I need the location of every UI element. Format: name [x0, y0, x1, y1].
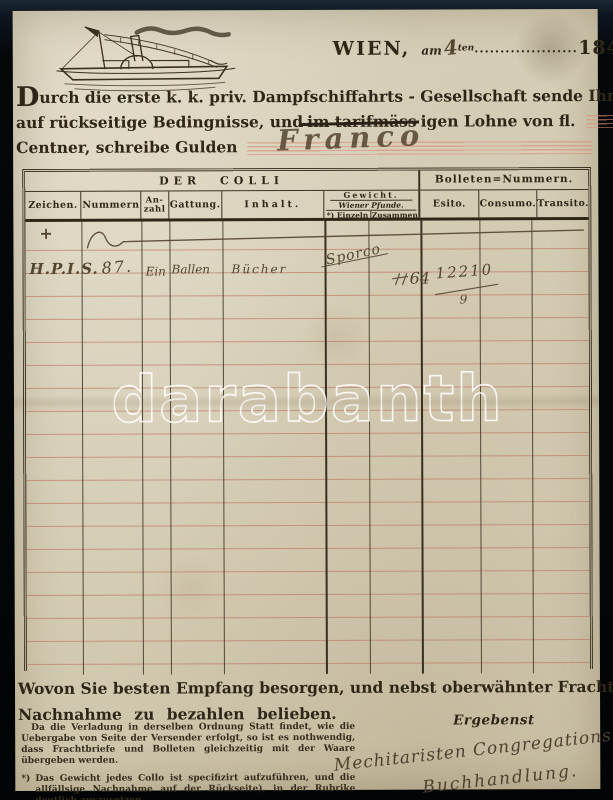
handwritten-franco: Franco — [277, 123, 426, 154]
colli-group-header: DER COLLI — [25, 171, 420, 191]
ergebenst-label: Ergebenst — [453, 712, 535, 728]
intro-paragraph: Durch die erste k. k. priv. Dampfschiffa… — [16, 83, 594, 160]
col-header-nummern: Nummern — [82, 192, 142, 219]
col-header-esito: Esito. — [420, 190, 480, 217]
col-header-zusammen: Zusammen — [372, 211, 418, 220]
intro-line-3: Centner, schreibe Gulden Franco — [16, 133, 594, 160]
col-header-einzeln: *) Einzeln — [324, 211, 371, 220]
footnote-gewicht-text: Das Gewicht jedes Collo ist specifizirt … — [35, 773, 355, 800]
col-header-inhalt: Inhalt. — [222, 191, 324, 218]
col-header-anzahl: An- zahl — [141, 191, 169, 218]
am-label: am — [421, 44, 442, 58]
blank-fill-gulden: Franco — [248, 141, 593, 155]
intro-line-2-text: auf rückseitige Bedingnisse, und — [16, 109, 303, 135]
drop-cap: D — [16, 82, 40, 113]
intro-line-1-text: urch die erste k. k. priv. Dampfschiffah… — [39, 85, 613, 107]
gewicht-subcolumns: *) Einzeln Zusammen — [324, 211, 418, 220]
col-header-zeichen: Zeichen. — [25, 192, 81, 219]
dateline: WIEN, am4ten............................… — [333, 35, 595, 72]
col-header-consumo: Consumo. — [480, 190, 538, 217]
intro-line-1: Durch die erste k. k. priv. Dampfschiffa… — [16, 83, 594, 110]
footnote-verladung: Da die Verladung in derselben Ordnung St… — [21, 722, 355, 767]
table-group-header: DER COLLI Bolleten=Nummern. — [25, 170, 588, 192]
day-suffix: ten — [458, 43, 474, 53]
city-label: WIEN, — [333, 38, 411, 60]
closing-line-1: Wovon Sie besten Empfang besorgen, und n… — [18, 677, 596, 698]
col-header-gewicht: Gewicht. Wiener Pfunde. *) Einzeln Zusam… — [324, 191, 420, 218]
scan-background: WIEN, am4ten............................… — [0, 0, 613, 800]
handwritten-signature-line2: Buchhandlung. — [415, 760, 586, 798]
intro-line-3-text: Centner, schreibe Gulden — [16, 134, 237, 160]
handwritten-strokes — [25, 220, 594, 332]
anzahl-line2: zahl — [144, 205, 166, 214]
handwritten-day: 4 — [443, 35, 459, 60]
freight-letter-paper: WIEN, am4ten............................… — [13, 9, 601, 791]
col-header-gattung: Gattung. — [169, 191, 223, 218]
footnote-marker: *) — [21, 774, 35, 800]
bolleten-group-header: Bolleten=Nummern. — [420, 170, 588, 190]
gewicht-subtitle: Wiener Pfunde. — [326, 201, 416, 211]
intro-line-2-after: igen Lohne von fl. — [421, 108, 576, 134]
freight-table: DER COLLI Bolleten=Nummern. Zeichen. Num… — [22, 167, 593, 671]
table-body: darabanth + H.P.I.S. 87. Ein Ballen Büch… — [25, 220, 590, 675]
blank-fill-florin — [586, 115, 613, 128]
year-printed: 184 — [578, 37, 613, 59]
col-header-transito: Transito. — [537, 190, 589, 217]
footnote-gewicht: *) Das Gewicht jedes Collo ist specifizi… — [21, 773, 355, 800]
footnotes: Da die Verladung in derselben Ordnung St… — [21, 722, 355, 800]
table-column-headers: Zeichen. Nummern An- zahl Gattung. Inhal… — [25, 190, 588, 222]
gewicht-title: Gewicht. — [330, 191, 412, 201]
dotted-leader: .............................. — [474, 41, 578, 55]
paper-crease — [14, 393, 599, 411]
